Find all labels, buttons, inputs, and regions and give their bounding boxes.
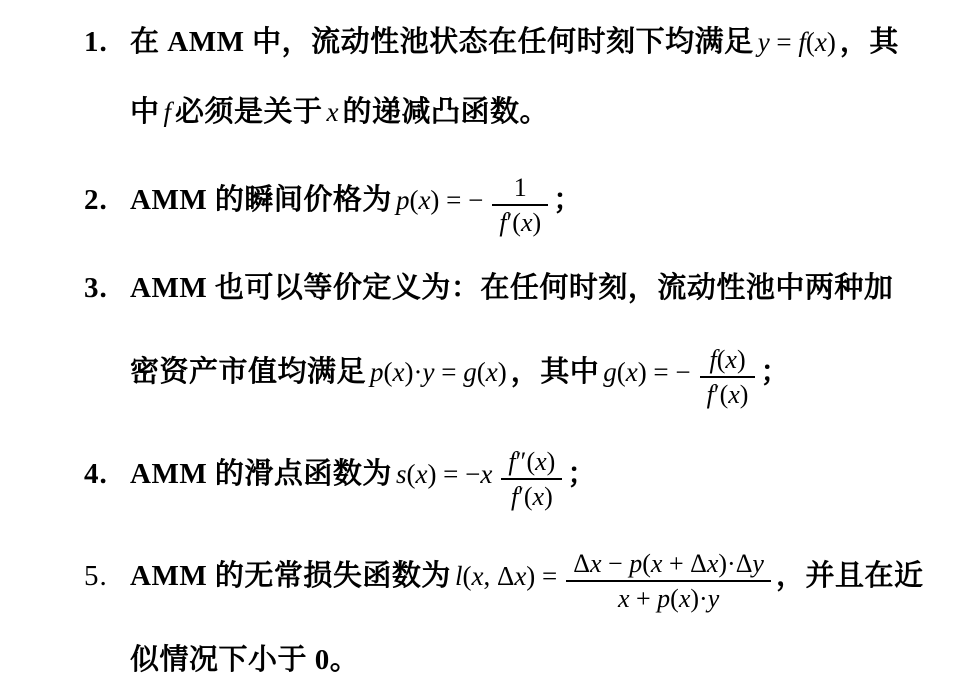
- fraction-numerator: f″(x): [501, 445, 562, 478]
- text-run: ，并且在近: [776, 560, 924, 592]
- fraction-denominator: f′(x): [700, 376, 756, 411]
- item-number: 3.: [84, 253, 108, 323]
- math-run: g(x) = −: [599, 357, 694, 387]
- item-line: 3.AMM 也可以等价定义为：在任何时刻，流动性池中两种加: [0, 253, 960, 323]
- text-run: AMM 的无常损失函数为: [130, 560, 451, 592]
- item-line: 1.在 AMM 中，流动性池状态在任何时刻下均满足y = f(x)，其: [0, 7, 960, 77]
- math-run: p(x)·y = g(x): [366, 357, 511, 387]
- text-run: 中: [130, 96, 160, 128]
- math-fraction: 1f′(x): [492, 171, 548, 239]
- document-page: 1.在 AMM 中，流动性池状态在任何时刻下均满足y = f(x)，其中f必须是…: [0, 0, 960, 695]
- text-run: ，其: [840, 26, 899, 58]
- text-run: ；: [553, 184, 583, 216]
- text-run: 密资产市值均满足: [130, 356, 366, 388]
- item-number: 2.: [84, 151, 108, 249]
- text-run: 似情况下小于 0。: [130, 644, 359, 676]
- fraction-numerator: 1: [492, 171, 548, 204]
- math-run: l(x, Δx) =: [451, 561, 561, 591]
- math-run: p(x) = −: [392, 185, 487, 215]
- text-run: 必须是关于: [175, 96, 323, 128]
- list-item: 5.AMM 的无常损失函数为l(x, Δx) =Δx − p(x + Δx)·Δ…: [0, 527, 960, 695]
- item-line: 5.AMM 的无常损失函数为l(x, Δx) =Δx − p(x + Δx)·Δ…: [0, 527, 960, 625]
- text-run: 在 AMM 中，流动性池状态在任何时刻下均满足: [130, 26, 754, 58]
- item-line: 4.AMM 的滑点函数为s(x) = −xf″(x)f′(x)；: [0, 425, 960, 523]
- fraction-denominator: f′(x): [501, 478, 562, 513]
- item-line: 2.AMM 的瞬间价格为p(x) = −1f′(x)；: [0, 151, 960, 249]
- math-run: s(x) = −x: [392, 459, 496, 489]
- list-item: 1.在 AMM 中，流动性池状态在任何时刻下均满足y = f(x)，其中f必须是…: [0, 7, 960, 147]
- math-run: y = f(x): [754, 27, 840, 57]
- text-run: AMM 的瞬间价格为: [130, 184, 392, 216]
- text-run: 的递减凸函数。: [343, 96, 550, 128]
- list-item: 3.AMM 也可以等价定义为：在任何时刻，流动性池中两种加密资产市值均满足p(x…: [0, 253, 960, 421]
- math-run: x: [323, 97, 343, 127]
- list-item: 4.AMM 的滑点函数为s(x) = −xf″(x)f′(x)；: [0, 425, 960, 523]
- math-run: f: [160, 97, 176, 127]
- math-fraction: Δx − p(x + Δx)·Δyx + p(x)·y: [566, 547, 771, 615]
- text-run: ；: [567, 458, 597, 490]
- text-run: AMM 的滑点函数为: [130, 458, 392, 490]
- list-item: 2.AMM 的瞬间价格为p(x) = −1f′(x)；: [0, 151, 960, 249]
- item-number: 4.: [84, 425, 108, 523]
- math-fraction: f(x)f′(x): [700, 343, 756, 411]
- fraction-numerator: Δx − p(x + Δx)·Δy: [566, 547, 771, 580]
- text-run: ，其中: [511, 356, 600, 388]
- item-line: 中f必须是关于x的递减凸函数。: [0, 77, 960, 147]
- item-number: 5.: [84, 527, 108, 625]
- text-run: ；: [760, 356, 790, 388]
- item-number: 1.: [84, 7, 108, 77]
- math-fraction: f″(x)f′(x): [501, 445, 562, 513]
- fraction-denominator: f′(x): [492, 204, 548, 239]
- fraction-denominator: x + p(x)·y: [566, 580, 771, 615]
- text-run: AMM 也可以等价定义为：在任何时刻，流动性池中两种加: [130, 272, 893, 304]
- item-line: 似情况下小于 0。: [0, 625, 960, 695]
- fraction-numerator: f(x): [700, 343, 756, 376]
- item-line: 密资产市值均满足p(x)·y = g(x)，其中g(x) = −f(x)f′(x…: [0, 323, 960, 421]
